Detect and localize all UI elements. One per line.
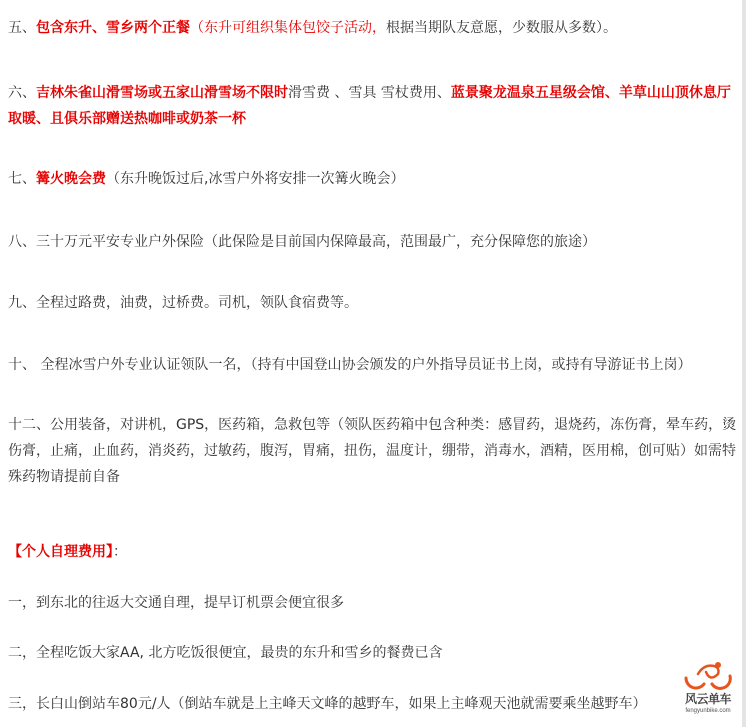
item-seven: 七、篝火晚会费（东升晚饭过后,冰雪户外将安排一次篝火晚会）	[8, 166, 740, 192]
item-eight: 八、三十万元平安专业户外保险（此保险是目前国内保障最高，范围最广，充分保障您的旅…	[8, 229, 740, 255]
item-seven-rest: （东升晚饭过后,冰雪户外将安排一次篝火晚会）	[106, 171, 404, 187]
item-six-mid: 滑雪费 、雪具 雪杖费用、	[288, 85, 451, 101]
item-nine: 九、全程过路费，油费，过桥费。司机，领队食宿费等。	[8, 290, 740, 316]
item-six: 六、吉林朱雀山滑雪场或五家山滑雪场不限时滑雪费 、雪具 雪杖费用、蓝景聚龙温泉五…	[8, 80, 740, 132]
self-pay-item: 一，到东北的往返大交通自理，提早订机票会便宜很多	[8, 590, 740, 616]
item-five-rest: 根据当期队友意愿，少数服从多数）。	[386, 20, 617, 36]
watermark-logo: 风云单车 fengyunbike.com	[680, 660, 736, 722]
item-six-prefix: 六、	[8, 85, 36, 101]
item-five-highlight: 包含东升、雪乡两个正餐	[36, 20, 190, 36]
item-five-red-note: （东升可组织集体包饺子活动，	[190, 20, 386, 36]
bicycle-rider-icon	[680, 660, 736, 690]
page-scroll-edge	[742, 0, 746, 727]
item-seven-prefix: 七、	[8, 171, 36, 187]
watermark-url: fengyunbike.com	[680, 708, 736, 714]
self-pay-heading-text: 【个人自理费用】	[8, 544, 113, 560]
item-seven-highlight: 篝火晚会费	[36, 171, 106, 187]
self-pay-heading-suffix: ：	[113, 544, 127, 560]
watermark-name: 风云单车	[680, 690, 736, 707]
self-pay-heading: 【个人自理费用】：	[8, 539, 740, 565]
item-five: 五、包含东升、雪乡两个正餐（东升可组织集体包饺子活动，根据当期队友意愿，少数服从…	[8, 15, 740, 41]
self-pay-item: 三，长白山倒站车80元/人（倒站车就是上主峰天文峰的越野车，如果上主峰观天池就需…	[8, 691, 740, 717]
item-twelve: 十二、公用装备，对讲机，GPS，医药箱，急救包等（领队医药箱中包含种类：感冒药，…	[8, 412, 740, 490]
item-ten: 十、 全程冰雪户外专业认证领队一名，（持有中国登山协会颁发的户外指导员证书上岗，…	[8, 352, 740, 378]
item-six-highlight-1: 吉林朱雀山滑雪场或五家山滑雪场不限时	[36, 85, 288, 101]
item-five-prefix: 五、	[8, 20, 36, 36]
self-pay-item: 二，全程吃饭大家AA, 北方吃饭很便宜，最贵的东升和雪乡的餐费已含	[8, 640, 740, 666]
